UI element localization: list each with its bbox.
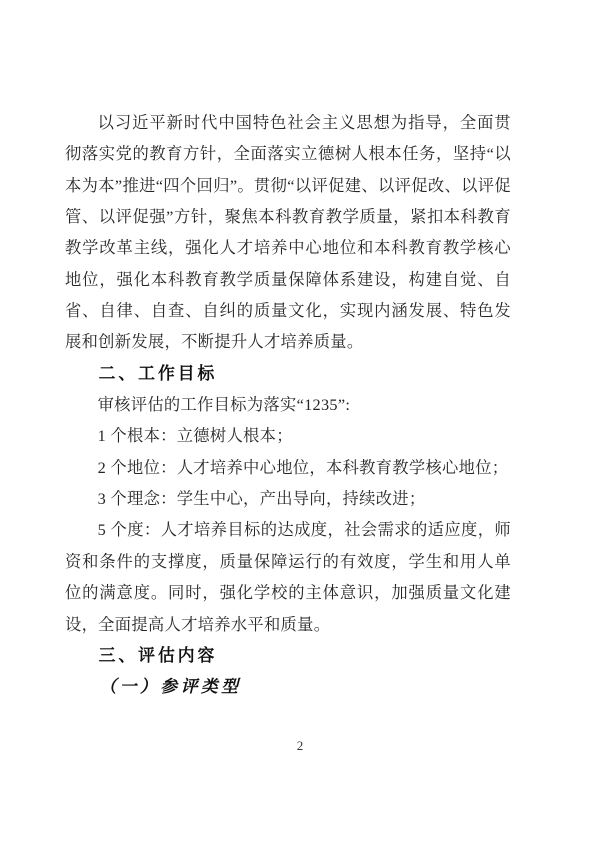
list-item-5-degrees: 5 个度：人才培养目标的达成度，社会需求的适应度，师资和条件的支撑度，质量保障运… <box>65 514 511 639</box>
subheading-participation-type: （一）参评类型 <box>65 671 511 702</box>
list-item-2-positions: 2 个地位：人才培养中心地位，本科教育教学核心地位； <box>65 452 511 483</box>
heading-work-goals: 二、工作目标 <box>65 358 511 389</box>
paragraph-guiding-ideology: 以习近平新时代中国特色社会主义思想为指导，全面贯彻落实党的教育方针，全面落实立德… <box>65 107 511 358</box>
list-item-1-foundation: 1 个根本：立德树人根本； <box>65 420 511 451</box>
page-number: 2 <box>0 738 600 754</box>
list-item-3-concepts: 3 个理念：学生中心，产出导向，持续改进； <box>65 483 511 514</box>
document-page: 以习近平新时代中国特色社会主义思想为指导，全面贯彻落实党的教育方针，全面落实立德… <box>0 0 600 848</box>
page-content: 以习近平新时代中国特色社会主义思想为指导，全面贯彻落实党的教育方针，全面落实立德… <box>65 107 511 703</box>
heading-evaluation-content: 三、评估内容 <box>65 640 511 671</box>
paragraph-work-goal-1235: 审核评估的工作目标为落实“1235”: <box>65 389 511 420</box>
